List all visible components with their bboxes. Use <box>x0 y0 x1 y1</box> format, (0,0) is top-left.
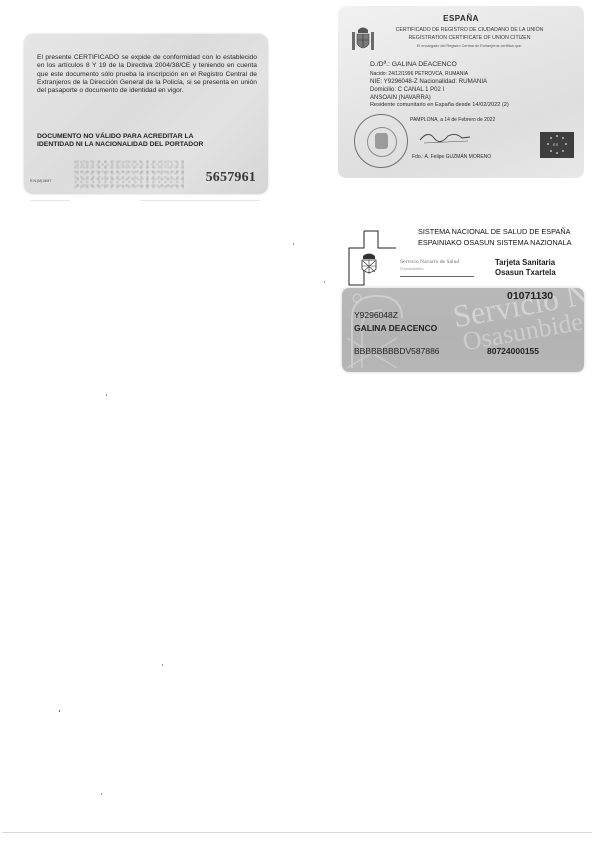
nie-nationality: NIE: Y9296048-Z Nacionalidad: RUMANIA <box>370 78 487 85</box>
residence-since: Residente comunitario en España desde 14… <box>370 102 509 108</box>
scan-speck <box>324 281 325 283</box>
place-and-date: PAMPLONA, a 14 de Febrero de 2022 <box>410 117 495 123</box>
certificate-title-en: REGISTRATION CERTIFICATE OF UNION CITIZE… <box>362 35 577 41</box>
service-name: Servicio Navarro de Salud <box>400 259 459 265</box>
scan-artifact-line <box>140 200 260 201</box>
scan-speck <box>101 793 102 795</box>
validity-warning: DOCUMENTO NO VÁLIDO PARA ACREDITAR LA ID… <box>37 133 262 150</box>
navarra-coat-of-arms-icon <box>360 252 378 276</box>
eu-flag-icon: ES <box>540 132 574 158</box>
registration-certificate-front: ESPAÑA CERTIFICADO DE REGISTRO DE CIUDAD… <box>338 6 584 178</box>
page-bottom-edge <box>2 832 592 833</box>
health-card-header: SISTEMA NACIONAL DE SALUD DE ESPAÑA ESPA… <box>338 222 595 285</box>
health-card: Servicio Nav Osasunbidea 01071130 Y92960… <box>342 288 584 372</box>
validity-warning-line-2: IDENTIDAD NI LA NACIONALIDAD DEL PORTADO… <box>37 141 262 149</box>
certificate-title-es: CERTIFICADO DE REGISTRO DE CIUDADANO DE … <box>362 27 577 33</box>
scan-speck <box>106 394 107 396</box>
signed-by: Fdo.: A. Felipe GUZMÁN MORENO <box>412 154 491 160</box>
address: Domicilio: C CANAL 1 P02 I <box>370 87 444 93</box>
signature-icon <box>418 128 473 146</box>
serial-number: 5657961 <box>206 170 256 186</box>
registration-certificate-back: El presente CERTIFICADO se expide de con… <box>24 34 268 194</box>
certificate-subtitle: El encargado del Registro Central de Ext… <box>362 44 577 48</box>
scan-speck <box>162 664 163 666</box>
country-title: ESPAÑA <box>338 14 584 23</box>
city: ANSOAIN (NAVARRA) <box>370 95 431 101</box>
card-title-eu: Osasun Txartela <box>495 268 556 277</box>
card-title-es: Tarjeta Sanitaria <box>495 258 555 267</box>
holder-nie: Y9296048Z <box>354 310 398 320</box>
service-name-eu: Osasunbidea <box>400 266 423 271</box>
personal-code: BBBBBBBBDV587886 <box>354 346 440 356</box>
divider <box>400 276 474 277</box>
scan-noise <box>74 159 184 189</box>
official-stamp-icon <box>354 114 408 168</box>
health-system-es: SISTEMA NACIONAL DE SALUD DE ESPAÑA <box>418 227 570 236</box>
health-system-eu: ESPAINIAKO OSASUN SISTEMA NAZIONALA <box>418 238 572 247</box>
birth-info: Nacido: 24/12/1996 PETROVCA, RUMANIA <box>370 71 468 77</box>
scan-artifact-line <box>30 200 70 201</box>
holder-name: GALINA DEACENCO <box>354 323 437 333</box>
scan-speck <box>59 710 60 712</box>
validity-warning-line-1: DOCUMENTO NO VÁLIDO PARA ACREDITAR LA <box>37 133 262 141</box>
holder-name: D./Dª.: GALINA DEACENCO <box>370 61 457 68</box>
print-code: R.N.(M)-MMT <box>30 179 51 183</box>
legal-notice-text: El presente CERTIFICADO se expide de con… <box>37 54 257 95</box>
secondary-code: 80724000155 <box>487 346 539 356</box>
card-number: 01071130 <box>507 290 553 302</box>
country-code: ES <box>553 142 558 147</box>
scan-speck <box>293 243 294 245</box>
